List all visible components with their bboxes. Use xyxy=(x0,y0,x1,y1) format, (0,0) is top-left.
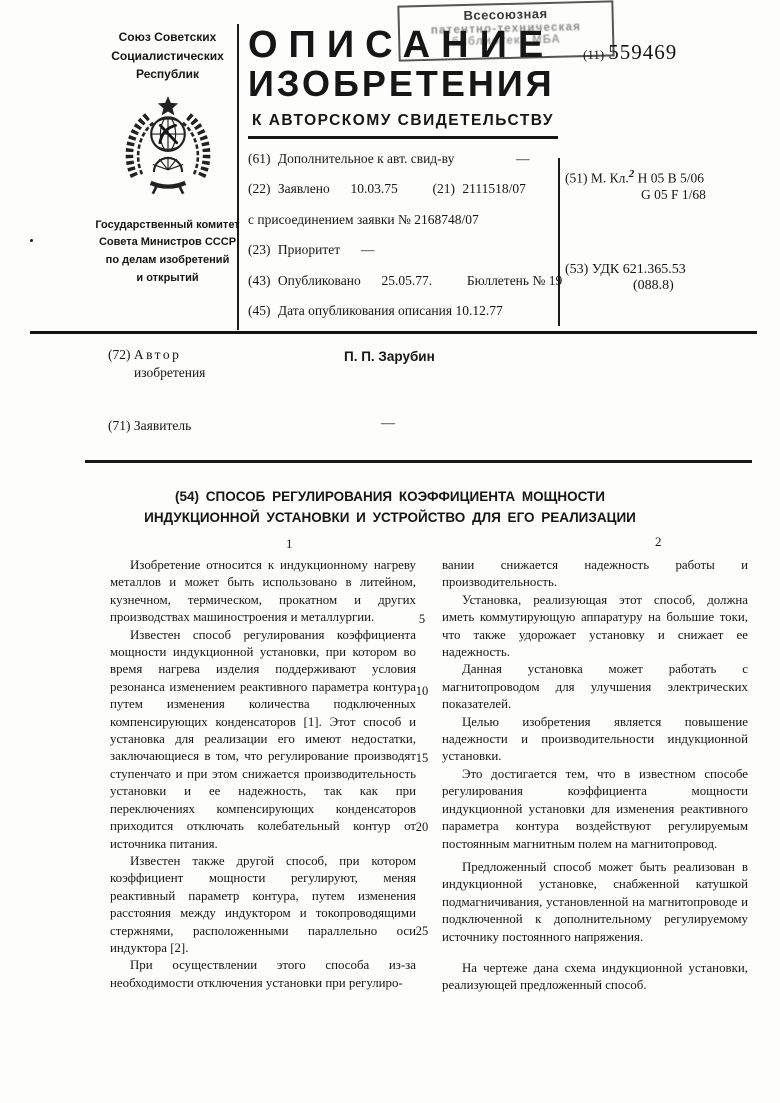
field-code: (22) xyxy=(248,181,271,196)
field-51-ipc-class: (51) М. Кл.2 Н 05 В 5/06 G 05 F 1/68 xyxy=(565,168,706,203)
issuer-column: Союз Советских Социалистических Республи… xyxy=(95,28,240,287)
patent-number: 559469 xyxy=(608,40,677,64)
field-code: (11) xyxy=(583,47,604,62)
field-61: (61) Дополнительное к авт. свид-ву — xyxy=(248,151,558,182)
committee-line: Совета Министров СССР xyxy=(95,234,240,252)
line-number: 25 xyxy=(410,924,434,939)
body-paragraph: Предложенный способ может быть реализова… xyxy=(442,859,748,946)
invention-title-line2: ИНДУКЦИОННОЙ УСТАНОВКИ И УСТРОЙСТВО ДЛЯ … xyxy=(108,507,672,528)
field-code: (43) xyxy=(248,273,271,288)
committee-line: по делам изобретений xyxy=(95,252,240,270)
bulletin-number: Бюллетень № 19 xyxy=(467,273,562,288)
field-code: (71) xyxy=(108,418,131,433)
udc-number: 621.365.53 xyxy=(623,262,686,277)
application-number: 2111518/07 xyxy=(462,181,526,196)
line-number: 5 xyxy=(410,612,434,627)
ipc-class-1: Н 05 В 5/06 xyxy=(638,171,704,186)
body-paragraph: Известен способ регулирования коэффициен… xyxy=(110,627,416,853)
doc-title-line2: ИЗОБРЕТЕНИЯ xyxy=(248,66,558,103)
doc-subtitle: К АВТОРСКОМУ СВИДЕТЕЛЬСТВУ xyxy=(248,112,558,139)
horizontal-rule xyxy=(85,460,752,463)
field-23: (23) Приоритет — xyxy=(248,242,558,273)
field-code: (53) xyxy=(565,262,588,277)
field-43: (43) Опубликовано 25.05.77. Бюллетень № … xyxy=(248,273,558,304)
field-label: Заявлено xyxy=(278,181,330,196)
field-label: Приоритет xyxy=(278,242,340,257)
union-line: Социалистических xyxy=(95,47,240,66)
field-72-author: (72) Автор изобретения xyxy=(108,346,205,381)
author-name: П. П. Зарубин xyxy=(344,349,435,364)
vertical-divider xyxy=(237,24,239,330)
filing-date: 10.03.75 xyxy=(351,181,398,196)
ink-speck xyxy=(30,239,33,242)
field-label: Заявитель xyxy=(134,418,191,433)
body-paragraph: Изобретение относится к индукционному на… xyxy=(110,557,416,627)
field-53-udc: (53) УДК 621.365.53 (088.8) xyxy=(565,262,686,294)
invention-title-line1: (54) СПОСОБ РЕГУЛИРОВАНИЯ КОЭФФИЦИЕНТА М… xyxy=(108,486,672,507)
applicant-value: — xyxy=(381,416,395,432)
body-paragraph: Установка, реализующая этот способ, долж… xyxy=(442,592,748,662)
field-value: — xyxy=(361,242,375,257)
biblio-fields: (61) Дополнительное к авт. свид-ву — (22… xyxy=(248,151,558,334)
body-paragraph: вании снижается надежность работы и прои… xyxy=(442,557,748,592)
publication-date: 25.05.77. xyxy=(381,273,432,288)
udc-suffix: (088.8) xyxy=(633,278,674,293)
body-paragraph: Это достигается тем, что в известном спо… xyxy=(442,766,748,853)
field-label: Дополнительное к авт. свид-ву xyxy=(278,151,454,166)
heading-column: ОПИСАНИЕ ИЗОБРЕТЕНИЯ К АВТОРСКОМУ СВИДЕТ… xyxy=(248,26,558,334)
union-name: Союз Советских Социалистических Республи… xyxy=(95,28,240,84)
field-71-applicant: (71) Заявитель xyxy=(108,418,191,434)
body-paragraph: На чертеже дана схема индукционной устан… xyxy=(442,960,748,995)
field-label: Дата опубликования описания xyxy=(278,303,452,318)
body-paragraph: Известен также другой способ, при которо… xyxy=(110,853,416,957)
field-code: (45) xyxy=(248,303,271,318)
line-number: 10 xyxy=(410,684,434,699)
horizontal-rule xyxy=(30,331,757,334)
body-paragraph: Данная установка может работать с магнит… xyxy=(442,661,748,713)
field-code: (23) xyxy=(248,242,271,257)
field-45: (45) Дата опубликования описания 10.12.7… xyxy=(248,303,558,334)
committee-line: Государственный комитет xyxy=(95,217,240,235)
patent-document-page: Всесоюзная патентно-техническая библиоте… xyxy=(0,0,780,1103)
field-label: изобретения xyxy=(134,364,205,382)
field-label: УДК xyxy=(592,262,619,277)
committee-line: и открытий xyxy=(95,270,240,288)
field-label: Опубликовано xyxy=(278,273,361,288)
field-code: (21) xyxy=(433,181,456,196)
ipc-class-2: G 05 F 1/68 xyxy=(641,187,706,202)
ussr-coat-of-arms-icon xyxy=(95,94,240,203)
column-number-2: 2 xyxy=(655,534,662,550)
field-code: (72) xyxy=(108,347,131,362)
body-paragraph: Целью изобретения является повышение над… xyxy=(442,714,748,766)
body-paragraph: При осуществлении этого способа из-за не… xyxy=(110,957,416,992)
joined-application: с присоединением заявки № 2168748/07 xyxy=(248,212,558,243)
body-column-1: Изобретение относится к индукционному на… xyxy=(110,557,416,992)
union-line: Республик xyxy=(95,65,240,84)
column-number-1: 1 xyxy=(286,536,293,552)
union-line: Союз Советских xyxy=(95,28,240,47)
line-number: 20 xyxy=(410,820,434,835)
committee-name: Государственный комитет Совета Министров… xyxy=(95,217,240,287)
vertical-divider xyxy=(558,158,560,326)
invention-title: (54) СПОСОБ РЕГУЛИРОВАНИЯ КОЭФФИЦИЕНТА М… xyxy=(108,486,672,528)
field-label: Автор xyxy=(134,347,182,362)
description-date: 10.12.77 xyxy=(455,303,502,318)
field-code: (61) xyxy=(248,151,271,166)
field-22-21: (22) Заявлено 10.03.75 (21) 2111518/07 xyxy=(248,181,558,212)
field-label: М. Кл. xyxy=(591,171,629,186)
field-value: — xyxy=(516,151,530,167)
body-column-2: вании снижается надежность работы и прои… xyxy=(442,557,748,995)
publication-number: (11) 559469 xyxy=(583,40,677,65)
field-code: (51) xyxy=(565,171,588,186)
ipc-edition-superscript: 2 xyxy=(629,168,635,180)
line-number: 15 xyxy=(410,751,434,766)
